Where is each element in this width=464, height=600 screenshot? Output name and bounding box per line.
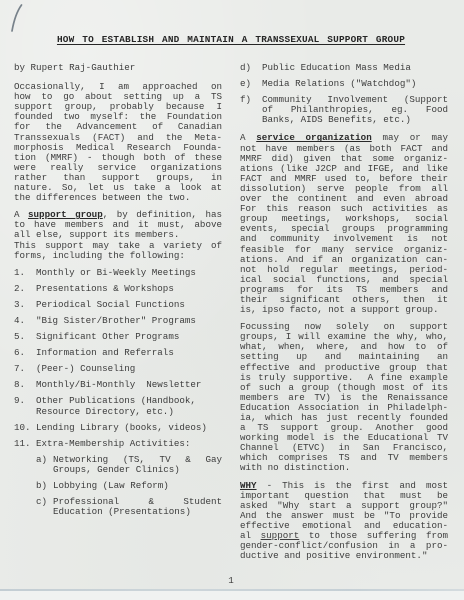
list-number: 11.: [14, 439, 31, 449]
text-line: Lobbying (Law Reform): [53, 481, 222, 491]
sublist-item-b: b) Lobbying (Law Reform): [36, 481, 222, 491]
list-item-7: 7. (Peer-) Counseling: [14, 364, 222, 374]
list-letter: a): [36, 455, 47, 465]
text-line: Media Relations ("Watchdog"): [262, 79, 448, 89]
paragraph-intro: Occasionally, I am approached on how to …: [14, 82, 222, 203]
text-line: Significant Other Programs: [36, 332, 222, 342]
text-line: Public Education Mass Media: [262, 63, 448, 73]
list-letter: e): [240, 79, 251, 89]
list-number: 8.: [14, 380, 25, 390]
list-item-4: 4. "Big Sister/Brother" Programs: [14, 316, 222, 326]
text-line: Periodical Social Functions: [36, 300, 222, 310]
list-number: 7.: [14, 364, 25, 374]
paragraph-focussing: Focussing now solely on support groups, …: [240, 322, 448, 473]
text-line: Extra-Membership Activities:: [36, 439, 222, 449]
list-letter: d): [240, 63, 251, 73]
text-line: Monthly/Bi-Monthly Newsletter: [36, 380, 222, 390]
list-number: 5.: [14, 332, 25, 342]
list-number: 2.: [14, 284, 25, 294]
underlined-term-why: WHY: [240, 480, 257, 491]
text-line: Information and Referrals: [36, 348, 222, 358]
page-number: 1: [14, 575, 448, 586]
text-line: and community involvement is not: [240, 234, 448, 244]
text-line: ductive and positive environment.": [240, 551, 448, 561]
list-item-3: 3. Periodical Social Functions: [14, 300, 222, 310]
list-item-1: 1. Monthly or Bi-Weekly Meetings: [14, 268, 222, 278]
list-letter: f): [240, 95, 251, 105]
sublist-item-a: a) Networking (TS, TV & Gay Groups, Gend…: [36, 455, 222, 475]
text-line: Monthly or Bi-Weekly Meetings: [36, 268, 222, 278]
text-line: with no distinction.: [240, 463, 448, 473]
document-page: HOW TO ESTABLISH AND MAINTAIN A TRANSSEX…: [0, 0, 464, 600]
list-letter: b): [36, 481, 47, 491]
text-line: Education (Presentations): [53, 507, 222, 517]
page-content: HOW TO ESTABLISH AND MAINTAIN A TRANSSEX…: [14, 34, 448, 586]
text-line: forms, including the following:: [14, 251, 222, 261]
list-number: 1.: [14, 268, 25, 278]
sublist-item-d: d) Public Education Mass Media: [240, 63, 448, 73]
list-letter: c): [36, 497, 47, 507]
paragraph-service-organization: A service organization may or may not ha…: [240, 133, 448, 315]
sublist-item-f: f) Community Involvement (Support of Phi…: [240, 95, 448, 125]
left-column: by Rupert Raj-Gauthier Occasionally, I a…: [14, 63, 222, 568]
paragraph-why: WHY - This is the first and most importa…: [240, 481, 448, 562]
text-segment: - This is the first and most: [257, 480, 448, 491]
list-number: 10.: [14, 423, 31, 433]
right-column: d) Public Education Mass Media e) Media …: [240, 63, 448, 568]
text-line: Banks, AIDS Benefits, etc.): [262, 115, 448, 125]
list-item-8: 8. Monthly/Bi-Monthly Newsletter: [14, 380, 222, 390]
list-item-2: 2. Presentations & Workshops: [14, 284, 222, 294]
paragraph-support-group: A support group, by definition, has to h…: [14, 210, 222, 260]
list-item-9: 9. Other Publications (Handbook, Resourc…: [14, 396, 222, 416]
list-number: 4.: [14, 316, 25, 326]
text-line: all else, support its members.: [14, 230, 222, 240]
two-column-layout: by Rupert Raj-Gauthier Occasionally, I a…: [14, 63, 448, 568]
text-line: (Peer-) Counseling: [36, 364, 222, 374]
sublist-item-c: c) Professional & Student Education (Pre…: [36, 497, 222, 517]
text-line: Groups, Gender Clinics): [53, 465, 222, 475]
list-number: 3.: [14, 300, 25, 310]
sublist-extra-membership: a) Networking (TS, TV & Gay Groups, Gend…: [36, 455, 222, 517]
text-line: is, ipso facto, not a support group.: [240, 305, 448, 315]
list-item-11: 11. Extra-Membership Activities:: [14, 439, 222, 449]
sublist-item-e: e) Media Relations ("Watchdog"): [240, 79, 448, 89]
underlined-term-service-organization: service organization: [256, 132, 371, 143]
list-item-10: 10. Lending Library (books, videos): [14, 423, 222, 433]
text-line: Presentations & Workshops: [36, 284, 222, 294]
list-number: 6.: [14, 348, 25, 358]
text-line: Lending Library (books, videos): [36, 423, 222, 433]
byline: by Rupert Raj-Gauthier: [14, 63, 222, 73]
text-segment: may or may: [372, 132, 448, 143]
page-title: HOW TO ESTABLISH AND MAINTAIN A TRANSSEX…: [14, 34, 448, 46]
scan-margin-below-edge: [0, 591, 464, 600]
text-line: the differences between the two.: [14, 193, 222, 203]
text-segment: A: [240, 132, 256, 143]
list-number: 9.: [14, 396, 25, 406]
list-item-5: 5. Significant Other Programs: [14, 332, 222, 342]
text-line: Resource Directory, etc.): [36, 407, 222, 417]
list-item-6: 6. Information and Referrals: [14, 348, 222, 358]
text-line: "Big Sister/Brother" Programs: [36, 316, 222, 326]
